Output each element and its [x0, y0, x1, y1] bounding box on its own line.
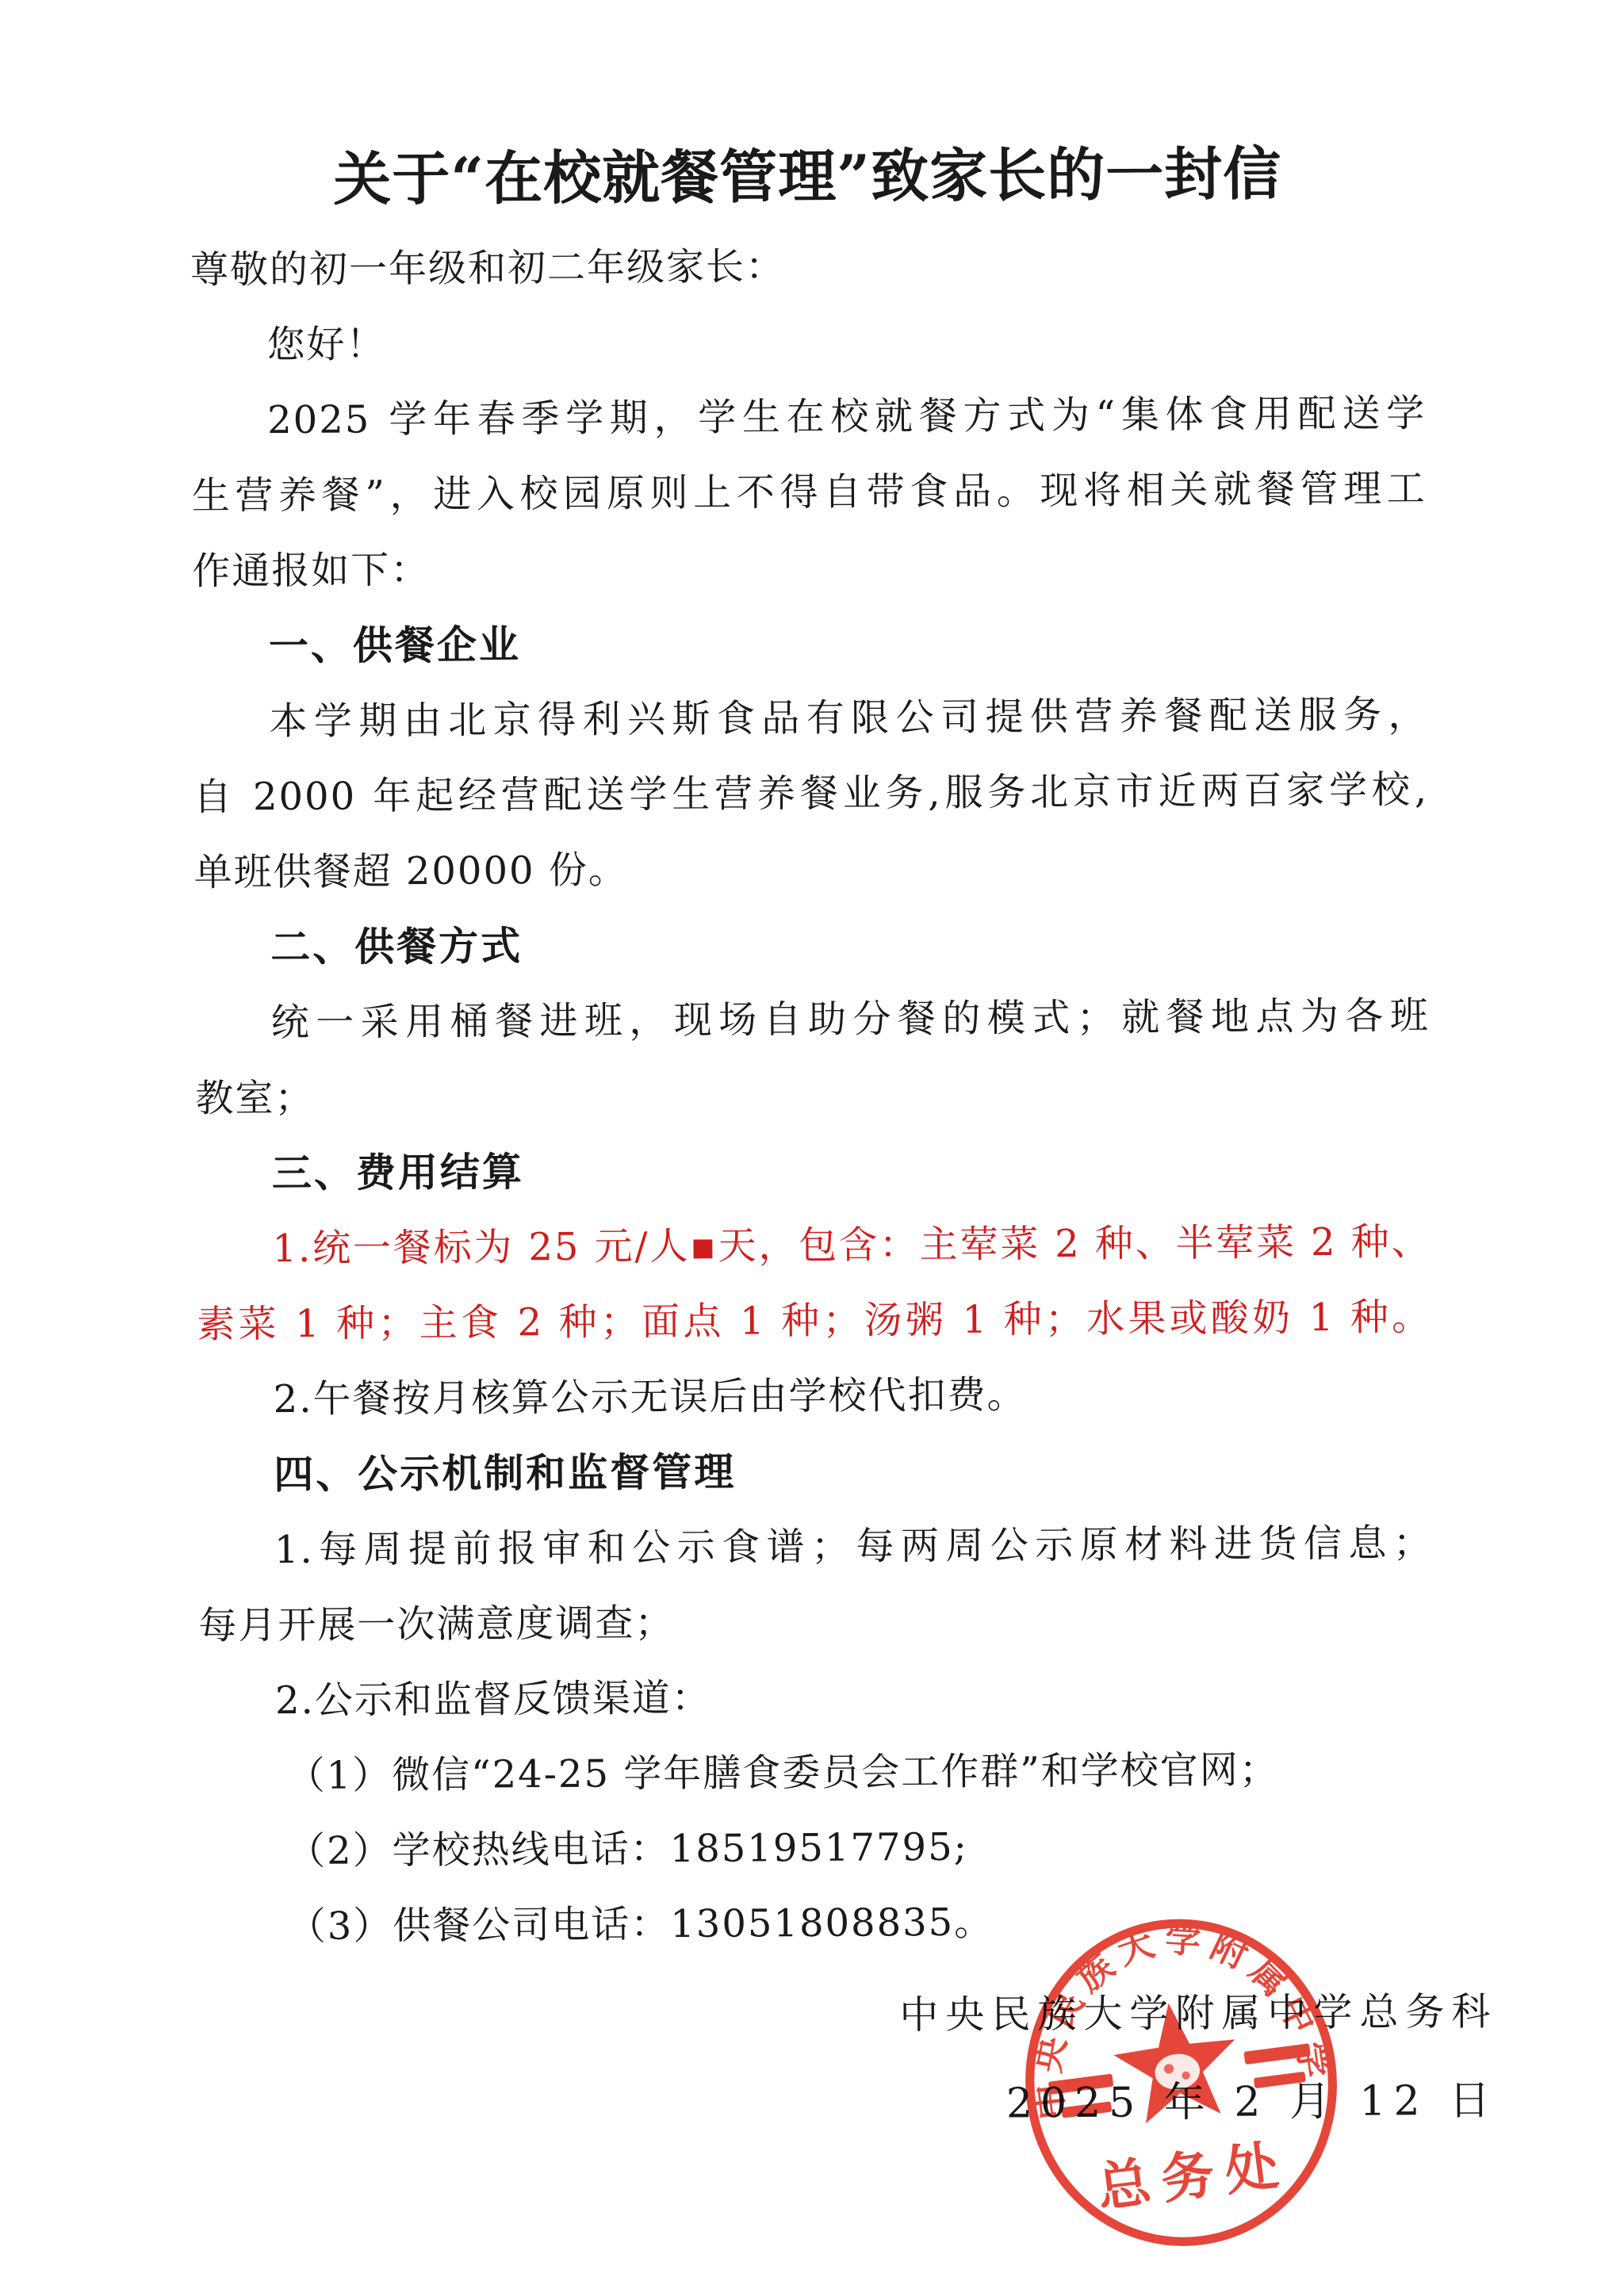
section-heading-4: 四、公示机制和监督管理 — [197, 1430, 1433, 1513]
body-line: 1.每周提前报审和公示食谱；每两周公示原材料进货信息； — [198, 1506, 1434, 1589]
scanned-sheet: 关于“在校就餐管理”致家长的一封信 尊敬的初一年级和初二年级家长： 您好！ 20… — [0, 0, 1624, 2296]
letter-body: 尊敬的初一年级和初二年级家长： 您好！ 2025 学年春季学期，学生在校就餐方式… — [190, 225, 1435, 1965]
body-line: 2025 学年春季学期，学生在校就餐方式为“集体食用配送学 — [191, 376, 1427, 459]
salutation-line: 尊敬的初一年级和初二年级家长： — [190, 225, 1426, 308]
letter-page: 关于“在校就餐管理”致家长的一封信 尊敬的初一年级和初二年级家长： 您好！ 20… — [0, 0, 1624, 2296]
body-line: 每月开展一次满意度调查； — [198, 1581, 1434, 1664]
section-heading-2: 二、供餐方式 — [194, 903, 1430, 986]
body-line: 单班供餐超 20000 份。 — [193, 828, 1429, 911]
section-heading-1: 一、供餐企业 — [193, 602, 1428, 685]
channel-wechat-line: （1）微信“24-25 学年膳食委员会工作群”和学校官网； — [199, 1732, 1434, 1815]
channel-school-phone-line: （2）学校热线电话：18519517795; — [200, 1807, 1435, 1890]
body-line: 教室； — [195, 1054, 1431, 1137]
body-line: 作通报如下： — [192, 526, 1427, 610]
body-line: 统一采用桶餐进班，现场自助分餐的模式；就餐地点为各班 — [195, 978, 1431, 1062]
body-line: 自 2000 年起经营配送学生营养餐业务,服务北京市近两百家学校, — [193, 752, 1429, 836]
body-line: 生营养餐”，进入校园原则上不得自带食品。现将相关就餐管理工 — [191, 451, 1427, 534]
meal-price-line: 1.统一餐标为 25 元/人▪天，包含：主荤菜 2 种、半荤菜 2 种、 — [196, 1204, 1431, 1288]
page-title: 关于“在校就餐管理”致家长的一封信 — [0, 125, 1620, 219]
meal-content-line: 素菜 1 种；主食 2 种；面点 1 种；汤粥 1 种；水果或酸奶 1 种。 — [197, 1280, 1432, 1363]
official-seal: 中央民族大学附属中学 总务处 — [992, 1891, 1379, 2278]
body-line: 本学期由北京得利兴斯食品有限公司提供营养餐配送服务， — [193, 677, 1428, 760]
body-line: 2.午餐按月核算公示无误后由学校代扣费。 — [197, 1355, 1432, 1438]
greeting-line: 您好！ — [190, 300, 1426, 384]
body-line: 2.公示和监督反馈渠道： — [199, 1656, 1434, 1739]
seal-bottom-text: 总务处 — [1094, 2134, 1293, 2218]
seal-star-icon — [1108, 1996, 1244, 2126]
section-heading-3: 三、费用结算 — [196, 1129, 1431, 1212]
